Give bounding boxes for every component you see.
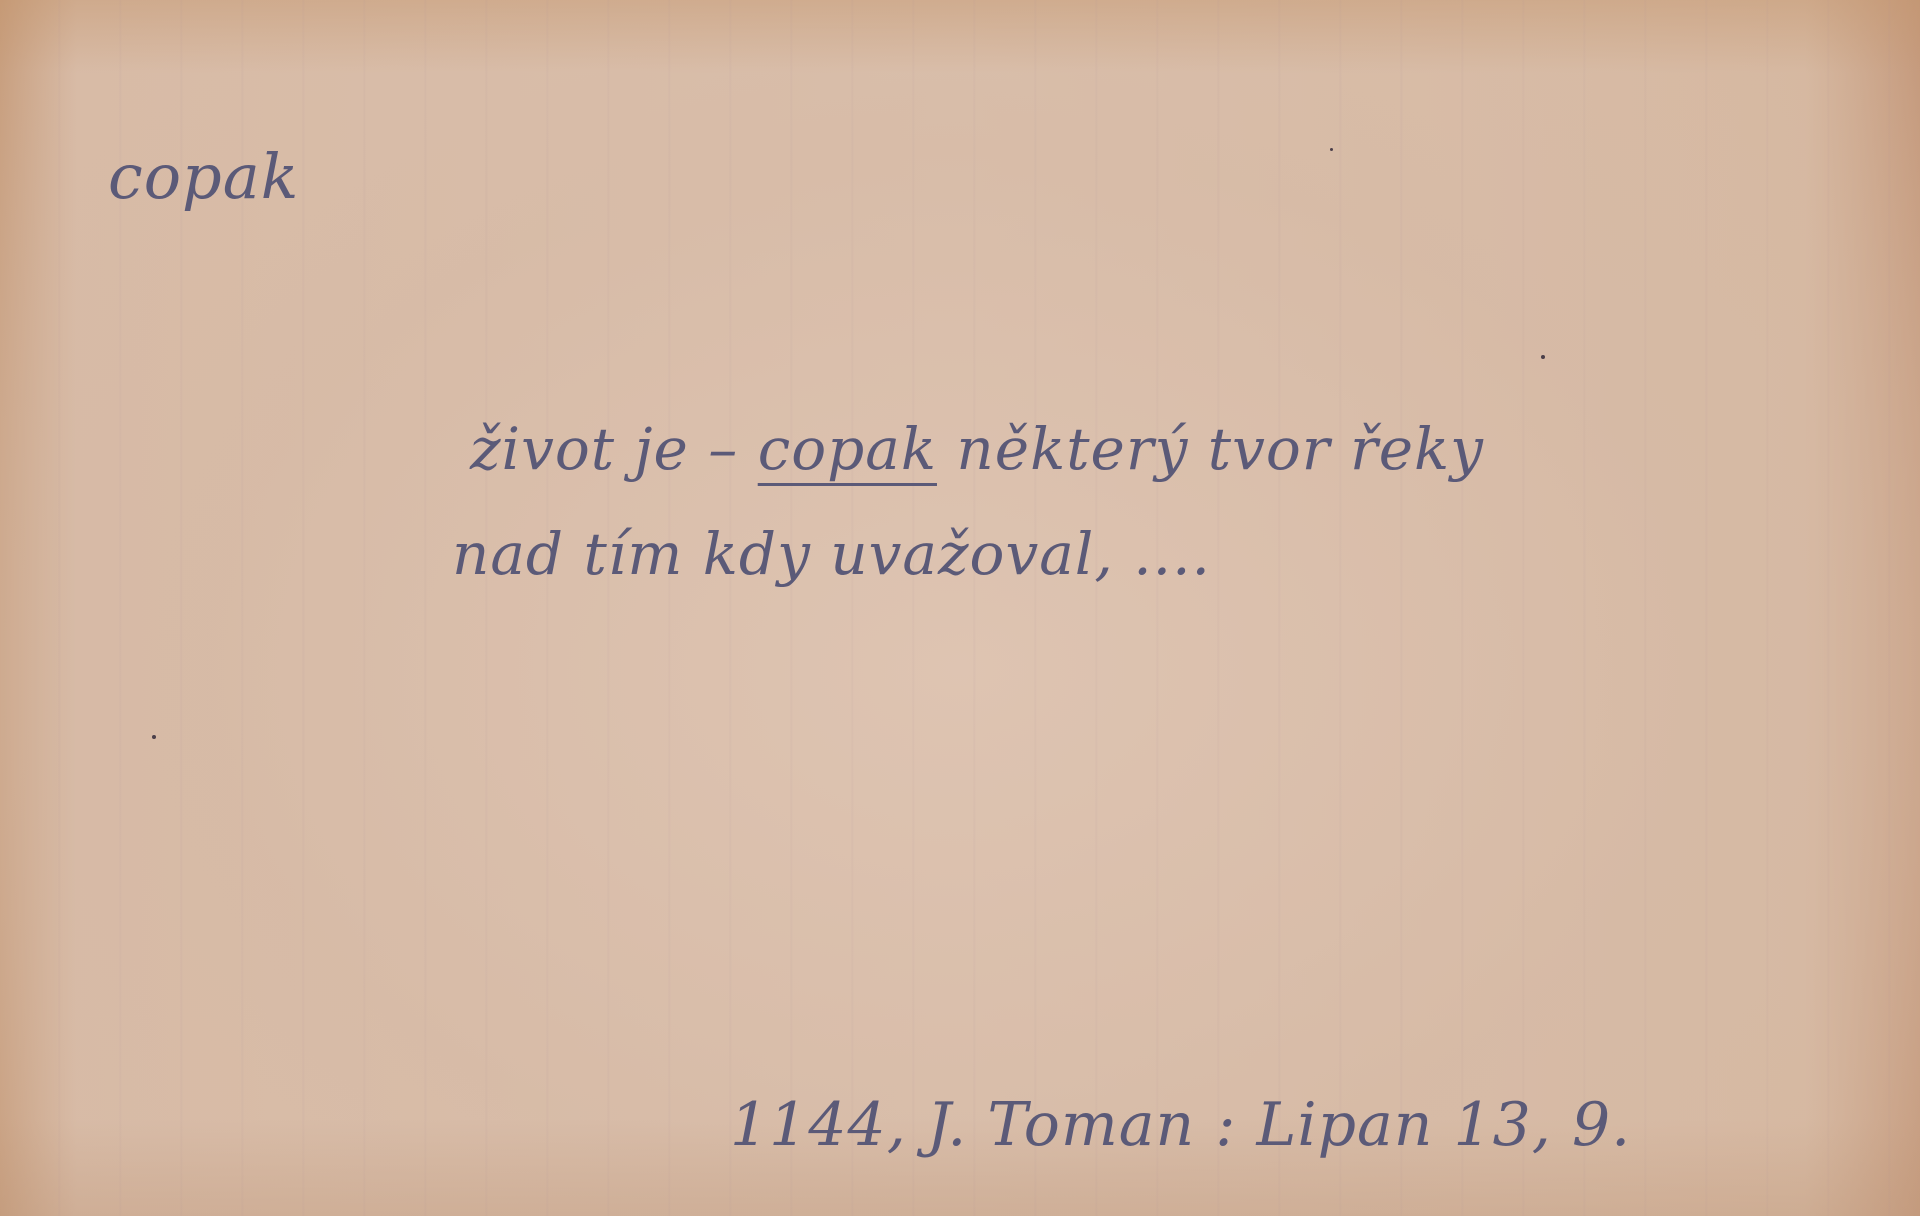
headword: copak bbox=[108, 140, 299, 213]
ink-speck bbox=[152, 735, 156, 739]
example-line-1-end: některý tvor řeky bbox=[956, 415, 1484, 483]
example-line-2: nad tím kdy uvažoval, .... bbox=[452, 520, 1211, 588]
ink-speck bbox=[1541, 355, 1545, 359]
example-line-1-start: život je – bbox=[470, 415, 738, 483]
example-keyword: copak bbox=[758, 415, 937, 483]
ink-speck bbox=[1330, 148, 1333, 151]
lexicon-slip: copak život je – copak některý tvor řeky… bbox=[0, 0, 1920, 1216]
source-citation: 1144, J. Toman : Lipan 13, 9. bbox=[730, 1090, 1631, 1160]
example-line-1: život je – copak některý tvor řeky bbox=[470, 415, 1484, 483]
